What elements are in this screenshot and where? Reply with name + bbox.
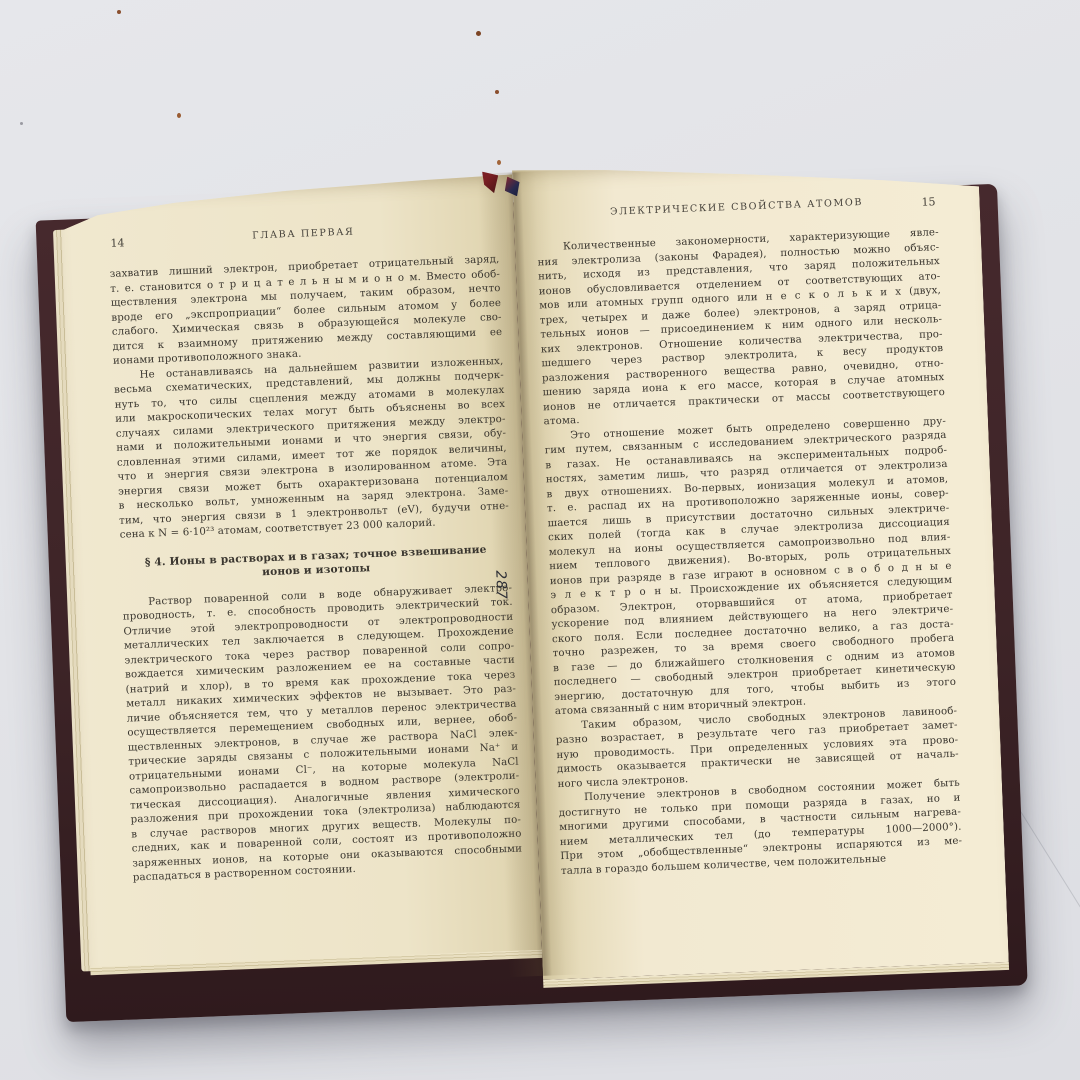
gutter-note: 287 (492, 570, 509, 600)
book-photo: 14 ГЛАВА ПЕРВАЯ захватив лишний электрон… (0, 0, 1080, 1080)
page-number: 15 (921, 195, 935, 209)
right-page-header-row: 15 ЭЛЕКТРИЧЕСКИЕ СВОЙСТВА АТОМОВ (536, 194, 938, 224)
left-page: 14 ГЛАВА ПЕРВАЯ захватив лишний электрон… (61, 174, 542, 967)
dust-speck (177, 113, 181, 118)
paragraph: Получение электронов в свободном состоян… (558, 777, 963, 879)
paragraph: Раствор поваренной соли в воде обнаружив… (122, 581, 523, 886)
dust-speck (495, 90, 499, 94)
right-page: 15 ЭЛЕКТРИЧЕСКИЕ СВОЙСТВА АТОМОВ Количес… (512, 153, 1009, 980)
paragraph: Не останавливаясь на дальнейшем развитии… (113, 354, 509, 543)
dust-speck (20, 122, 23, 125)
open-book: 14 ГЛАВА ПЕРВАЯ захватив лишний электрон… (34, 150, 1027, 1022)
running-header: ГЛАВА ПЕРВАЯ (108, 221, 498, 247)
paragraph: Количественные закономерности, характери… (537, 226, 946, 430)
left-page-header-row: 14 ГЛАВА ПЕРВАЯ (108, 221, 498, 251)
dust-speck (117, 10, 121, 14)
section-heading: § 4. Ионы в растворах и в газах; точное … (121, 541, 512, 585)
page-text: Количественные закономерности, характери… (537, 226, 963, 879)
dust-speck (497, 160, 501, 165)
paragraph: Это отношение может быть определено сове… (544, 414, 957, 719)
dust-speck (476, 31, 481, 36)
page-number: 14 (110, 236, 124, 250)
paragraph: захватив лишний электрон, приобретает от… (109, 253, 503, 369)
running-header: ЭЛЕКТРИЧЕСКИЕ СВОЙСТВА АТОМОВ (536, 194, 938, 220)
page-text: захватив лишний электрон, приобретает от… (109, 253, 522, 886)
